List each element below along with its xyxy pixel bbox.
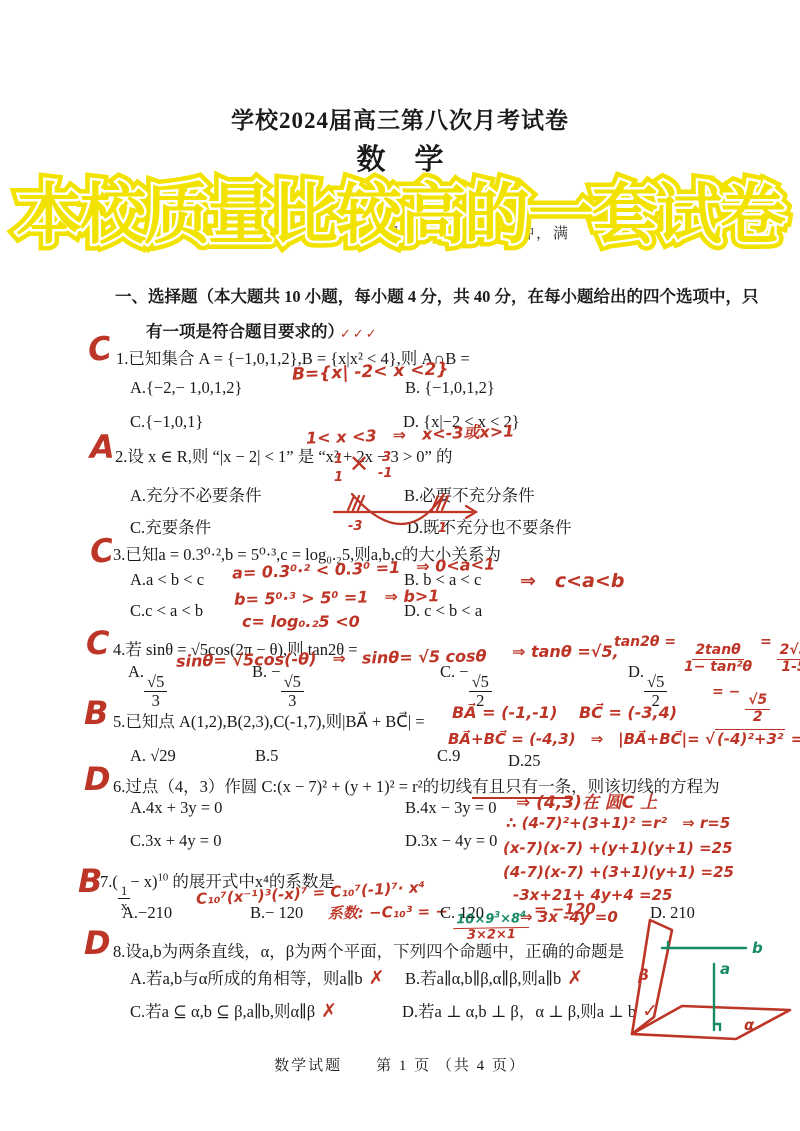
q4-option-a: A.√53 — [128, 662, 167, 710]
q8-stem: 8.设a,b为两条直线，α，β为两个平面，下列四个命题中，正确的命题是 — [113, 938, 624, 962]
page-title: 学校2024届高三第八次月考试卷 — [0, 102, 800, 135]
q4-option-b: B. −√53 — [252, 662, 304, 710]
q7-grade-mark: B — [78, 862, 102, 900]
q4-hw-eq: = — [760, 634, 772, 650]
q8-option-c: C.若a ⊆ α,b ⊆ β,a∥b,则α∥β✗ — [130, 998, 337, 1022]
q3-option-b: B. b < a < c — [404, 570, 481, 590]
exam-page: 学校2024届高三第八次月考试卷 数 学 题 选择 空 除 部分 量 分钟，满 … — [0, 0, 800, 1131]
section-header-line1: 一、选择题（本大题共 10 小题，每小题 4 分，共 40 分，在每小题给出的四… — [115, 283, 759, 307]
q3-grade-mark: C — [88, 531, 115, 571]
q4-hw-result-eq: = − — [712, 684, 740, 700]
page-footer: 数学试题 第 1 页 （共 4 页） — [0, 1054, 800, 1075]
q3-hw-line3: c= log₀.₂5 <0 — [242, 612, 360, 631]
q8-figure-label-beta: β — [637, 966, 649, 984]
q6-grade-mark: D — [84, 760, 111, 798]
q6-option-c: C.3x + 4y = 0 — [130, 831, 222, 851]
q8-grade-mark: D — [84, 924, 111, 962]
q3-hw-result: ⇒ c<a<b — [520, 566, 624, 593]
q6-option-d: D.3x − 4y = 0 — [405, 831, 497, 851]
q8-option-b: B.若a∥α,b∥β,α∥β,则a∥b✗ — [405, 965, 583, 989]
q6-hw-line4: (4-7)(x-7) +(3+1)(y+1) =25 — [503, 863, 734, 881]
q4-hw-tan: ⇒ tanθ =√5, — [512, 642, 619, 661]
q1-grade-mark: C — [85, 329, 114, 370]
q8-option-a: A.若a,b与α所成的角相等，则a∥b✗ — [130, 965, 385, 989]
q7-option-b: B.− 120 — [250, 903, 303, 923]
q8-planes-figure: β α b a — [618, 912, 800, 1060]
q3-option-c: C.c < a < b — [130, 601, 203, 621]
q4-hw-result: = − √52 — [712, 684, 770, 725]
q2-cross-right-top: 3 — [382, 450, 391, 465]
q7-option-a: A.−210 — [122, 903, 172, 923]
q6-hw-line2: ∴ (4-7)²+(3+1)² =r² ⇒ r=5 — [506, 812, 730, 833]
q2-option-a: A.充分不必要条件 — [130, 482, 262, 506]
q4-hw-frac2: 2√51-5 — [777, 643, 800, 675]
q3-option-a: A.a < b < c — [130, 570, 204, 590]
q2-parabola-sketch: -3 1 — [332, 488, 484, 536]
q1-checkmarks: ✓✓✓ — [340, 327, 379, 342]
q5-stem: 5.已知点 A(1,2),B(2,3),C(-1,7),则|BA⃗ + BC⃗|… — [113, 708, 425, 732]
q7-option-c: C. 120 — [440, 903, 484, 923]
yellow-banner: 本校质量比较高的一套试卷 本校质量比较高的一套试卷 本校质量比较高的一套试卷 — [0, 166, 800, 266]
q1-option-a: A.{−2,− 1,0,1,2} — [130, 378, 242, 398]
section-header-line2: 有一项是符合题目要求的） — [146, 318, 344, 342]
q1-option-b: B. {−1,0,1,2} — [405, 378, 495, 398]
q8-figure-label-b: b — [752, 939, 763, 957]
q3-option-d: D. c < b < a — [404, 601, 482, 621]
q5-hw-line2: BA⃗+BC⃗ = (-4,3) ⇒ |BA⃗+BC⃗|= √(-4)²+3² … — [448, 728, 800, 749]
q6-hw-line3: (x-7)(x-7) +(y+1)(y+1) =25 — [503, 839, 733, 857]
q4-hw-tan2-lhs: tan2θ = — [614, 634, 676, 650]
q5-grade-mark: B — [84, 694, 108, 732]
q4-grade-mark: C — [86, 624, 109, 662]
q1-option-c: C.{−1,0,1} — [130, 412, 203, 432]
q5-option-a: A. √29 — [130, 746, 176, 766]
q2-parabola-root-left: -3 — [348, 519, 362, 534]
q8-figure-label-a: a — [720, 960, 730, 978]
q5-hw-line1: BA⃗ = (-1,-1) BC⃗ = (-3,4) — [452, 700, 677, 723]
q2-parabola-root-right: 1 — [438, 521, 447, 536]
q6-hw-line1: ⇒ (4,3)在 圆C 上 — [516, 788, 657, 813]
q8-figure-label-alpha: α — [744, 1016, 755, 1034]
q4-hw-result-frac: √52 — [745, 693, 770, 725]
q8-mark-b: ✗ — [567, 967, 583, 989]
banner-text: 本校质量比较高的一套试卷 — [0, 166, 800, 264]
q8-mark-a: ✗ — [369, 967, 385, 989]
q2-stem: 2.设 x ∈ R,则 “|x − 2| < 1” 是 “x² + 2x − 3… — [115, 443, 452, 467]
q6-option-b: B.4x − 3y = 0 — [405, 798, 497, 818]
q6-option-a: A.4x + 3y = 0 — [130, 798, 222, 818]
q2-cross-icon: ✕ — [349, 450, 369, 478]
q2-cross-left-top: 1 — [334, 452, 343, 467]
q2-cross-left-bottom: 1 — [334, 470, 343, 485]
q2-grade-mark: A — [90, 428, 115, 466]
q4-hw-frac1: 2tanθ1− tan²θ — [681, 643, 755, 675]
q5-option-b: B.5 — [255, 746, 278, 766]
q2-option-c: C.充要条件 — [130, 514, 211, 538]
q8-mark-c: ✗ — [321, 1000, 337, 1022]
q2-cross-right-bottom: -1 — [378, 466, 392, 481]
q5-option-c: C.9 — [437, 746, 460, 766]
q5-option-d: D.25 — [508, 751, 541, 771]
